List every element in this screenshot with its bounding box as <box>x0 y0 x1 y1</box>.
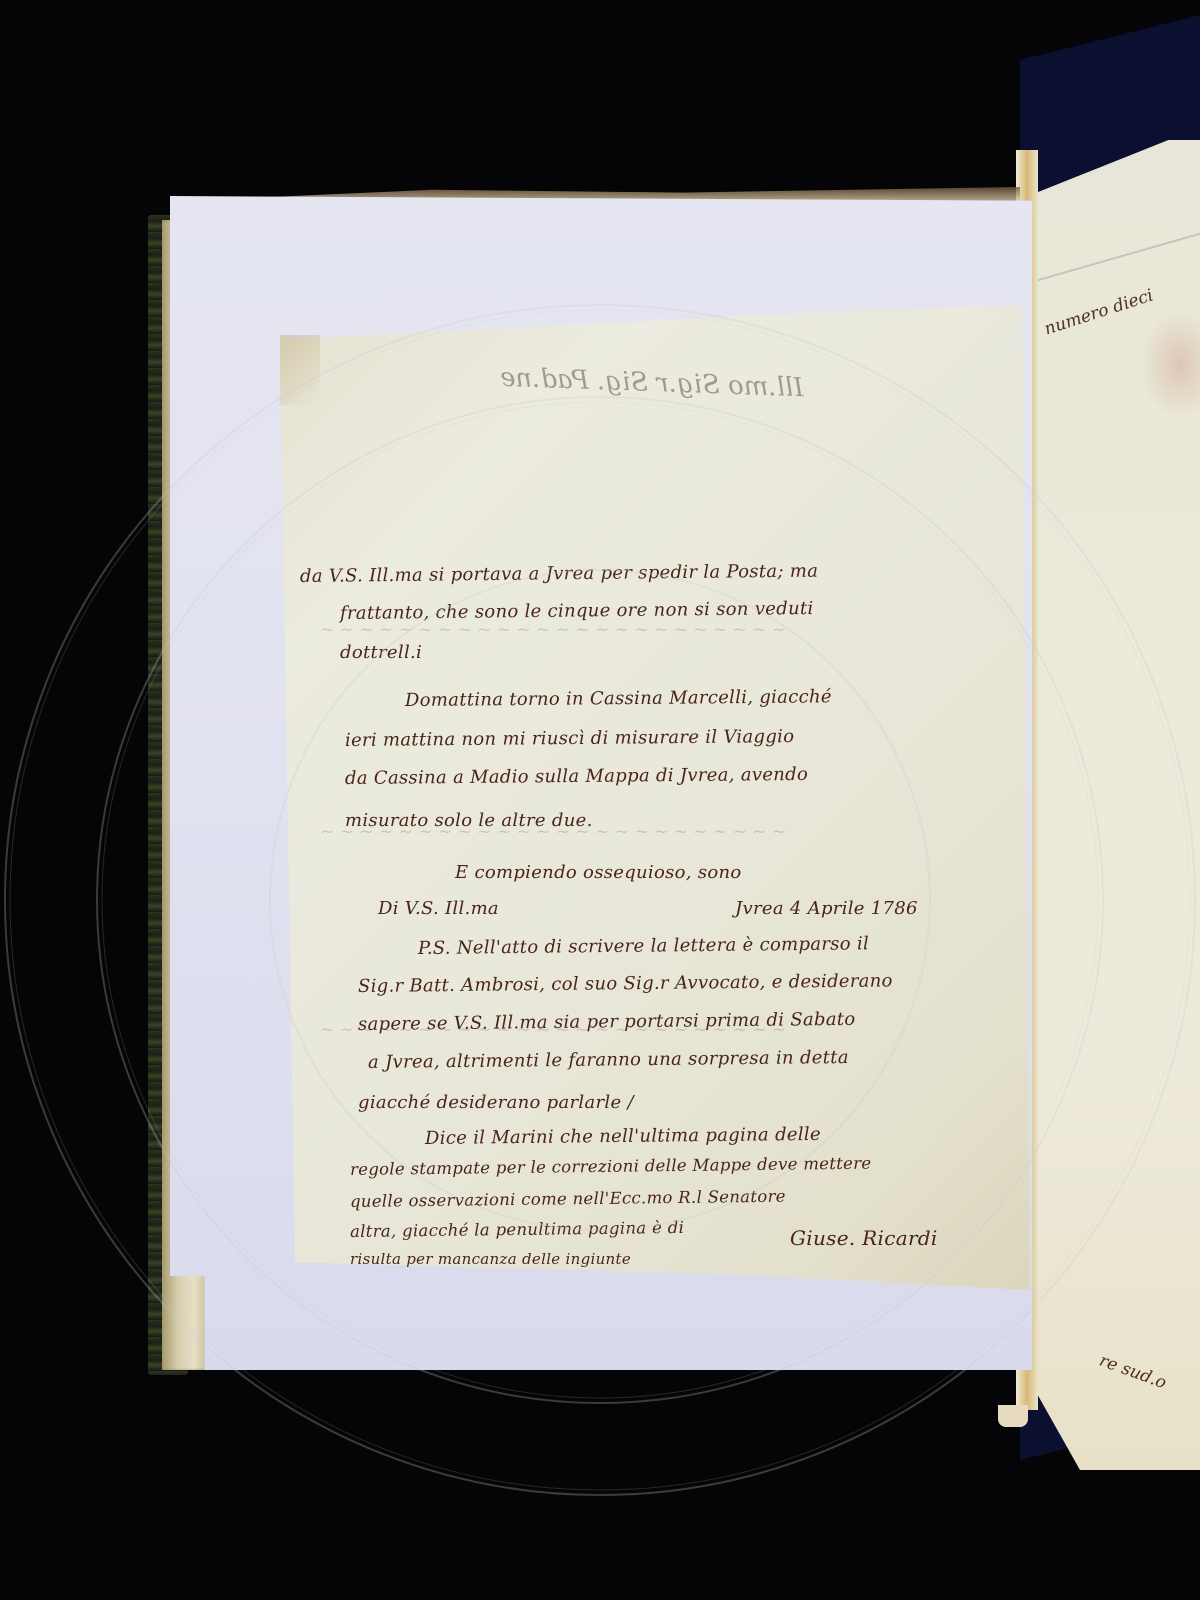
letter-line: ieri mattina non mi riuscì di misurare i… <box>345 726 794 751</box>
page-corner-nub <box>998 1405 1028 1427</box>
letter-line: da Cassina a Madio sulla Mappa di Jvrea,… <box>345 764 808 789</box>
letter-line: giacché desiderano parlarle / <box>358 1092 634 1113</box>
letter-line: Dice il Marini che nell'ultima pagina de… <box>425 1124 821 1149</box>
paper-stain <box>1140 310 1200 420</box>
letter-corner-stain <box>280 335 320 405</box>
letter-closing: E compiendo ossequioso, sono <box>455 862 742 883</box>
letter-line: dottrell.i <box>340 642 422 663</box>
letter-line: Domattina torno in Cassina Marcelli, gia… <box>405 686 832 711</box>
letter-date-place: Jvrea 4 Aprile 1786 <box>735 898 918 919</box>
letter-salutation: Di V.S. Ill.ma <box>378 898 499 919</box>
letter-signature: Giuse. Ricardi <box>790 1226 938 1250</box>
letter-line: risulta per mancanza delle ingiunte <box>350 1250 631 1268</box>
letter-line: misurato solo le altre due. <box>345 810 593 831</box>
